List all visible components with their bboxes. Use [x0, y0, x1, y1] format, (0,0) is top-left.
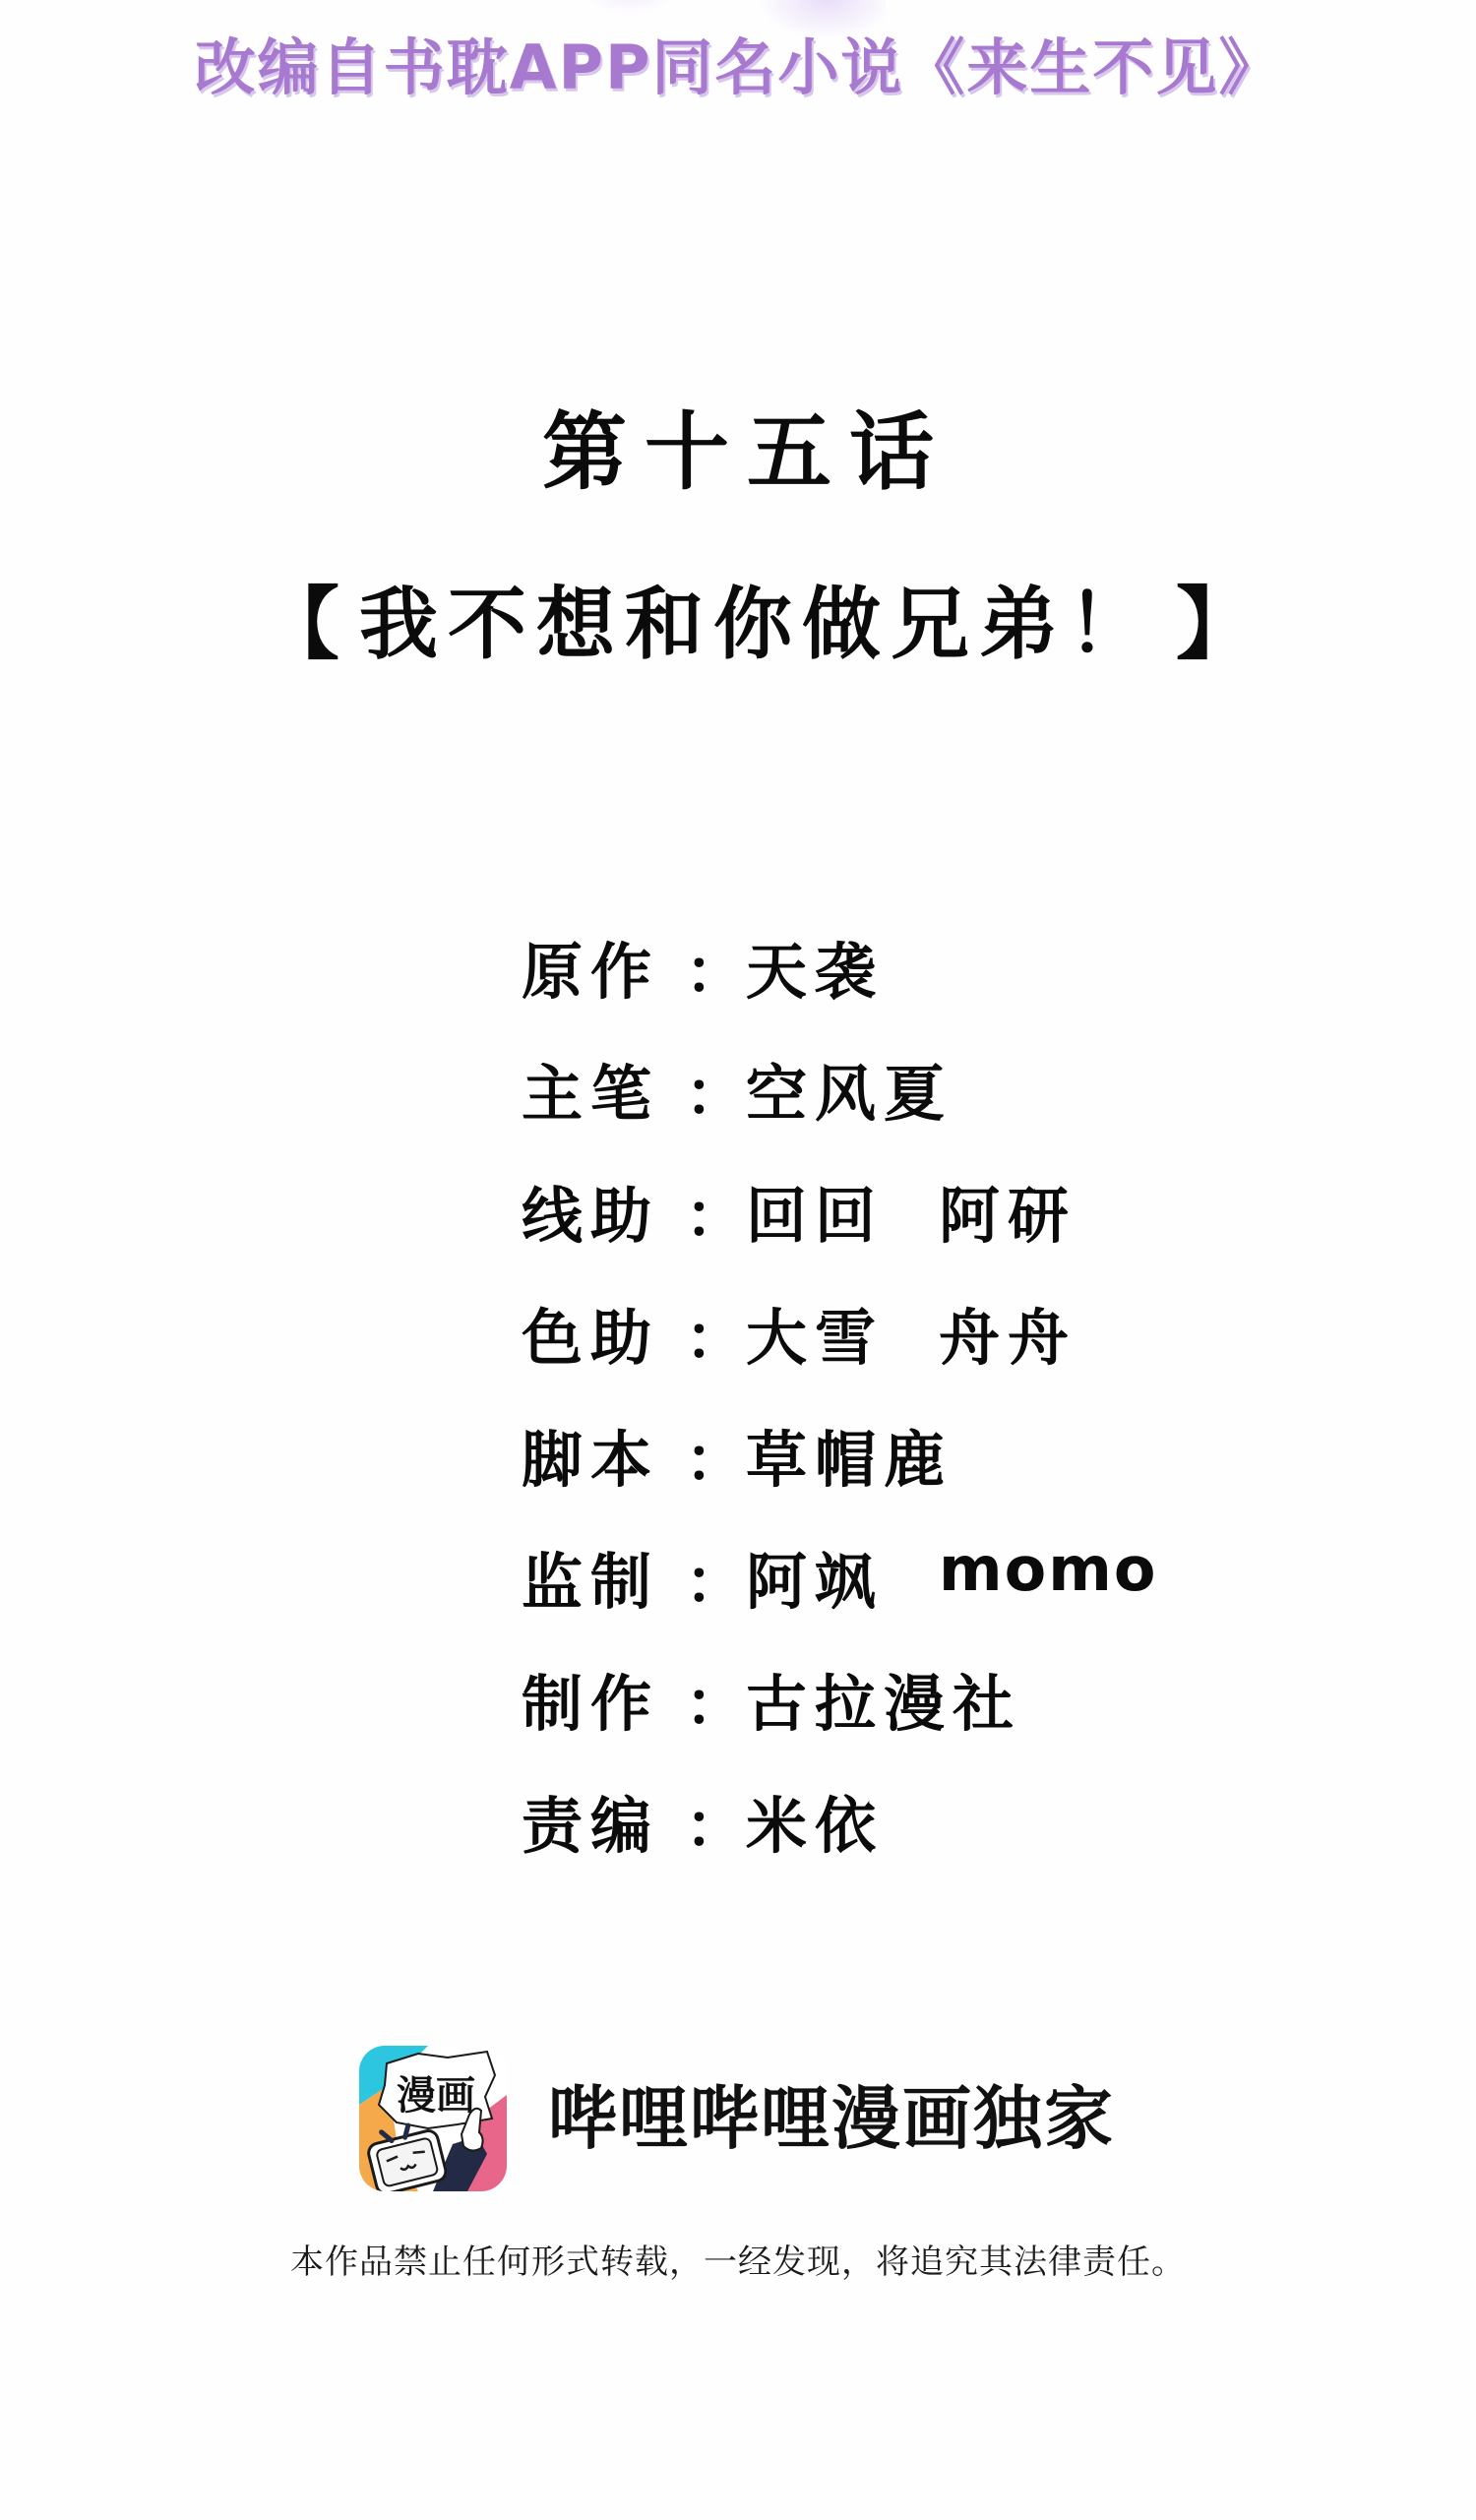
credit-colon: ：: [657, 923, 746, 1011]
credit-row-original-author: 原作 ： 天袭: [522, 905, 1210, 1027]
credit-row-lead-artist: 主笔 ： 空风夏: [522, 1027, 1210, 1149]
credit-colon: ：: [657, 1655, 746, 1743]
credit-role: 监制: [522, 1533, 657, 1621]
credits-list: 原作 ： 天袭 主笔 ： 空风夏 线助 ： 回回 阿研 色助 ： 大雪 舟舟 脚…: [522, 905, 1210, 1881]
credit-role: 制作: [522, 1655, 657, 1743]
brand-section: 漫画 哔哩哔哩漫画独家: [359, 2045, 1115, 2192]
chapter-title: 【 我不想和你做兄弟！ 】: [261, 571, 1255, 679]
credit-name: 阿研: [939, 1167, 1076, 1255]
credit-names: 回回 阿研: [746, 1167, 1076, 1255]
credit-names: 阿飒 momo: [746, 1533, 1157, 1621]
credit-colon: ：: [657, 1533, 746, 1621]
credit-name: 大雪: [746, 1289, 884, 1377]
credit-name: 空风夏: [746, 1045, 953, 1133]
credit-colon: ：: [657, 1411, 746, 1499]
bilibili-comics-logo-icon: 漫画: [359, 2046, 507, 2191]
credit-names: 草帽鹿: [746, 1411, 953, 1499]
svg-text:漫画: 漫画: [397, 2072, 475, 2119]
close-bracket: 】: [1176, 576, 1255, 674]
copyright-disclaimer: 本作品禁止任何形式转载，一经发现，将追究其法律责任。: [0, 2238, 1476, 2287]
credit-name: momo: [939, 1533, 1157, 1621]
credit-row-supervisors: 监制 ： 阿飒 momo: [522, 1515, 1210, 1637]
credit-name: 草帽鹿: [746, 1411, 953, 1499]
credit-name: 米依: [746, 1777, 884, 1865]
credit-role: 色助: [522, 1289, 657, 1377]
credit-name: 阿飒: [746, 1533, 884, 1621]
credit-name: 回回: [746, 1167, 884, 1255]
credit-role: 原作: [522, 923, 657, 1011]
credit-names: 古拉漫社: [746, 1655, 1021, 1743]
credit-name: 舟舟: [939, 1289, 1076, 1377]
credit-row-editor: 责编 ： 米依: [522, 1759, 1210, 1881]
credit-role: 脚本: [522, 1411, 657, 1499]
chapter-title-text: 我不想和你做兄弟！: [339, 576, 1176, 674]
credit-row-production: 制作 ： 古拉漫社: [522, 1637, 1210, 1759]
credit-name: 天袭: [746, 923, 884, 1011]
credit-names: 空风夏: [746, 1045, 953, 1133]
credit-role: 线助: [522, 1167, 657, 1255]
credit-row-line-assistants: 线助 ： 回回 阿研: [522, 1149, 1210, 1271]
credit-colon: ：: [657, 1289, 746, 1377]
credit-colon: ：: [657, 1777, 746, 1865]
credit-row-script: 脚本 ： 草帽鹿: [522, 1393, 1210, 1515]
credit-names: 天袭: [746, 923, 884, 1011]
open-bracket: 【: [261, 576, 339, 674]
credit-colon: ：: [657, 1167, 746, 1255]
chapter-number: 第十五话: [0, 399, 1476, 507]
brand-exclusive-label: 哔哩哔哩漫画独家: [548, 2079, 1115, 2158]
credit-names: 大雪 舟舟: [746, 1289, 1076, 1377]
credit-names: 米依: [746, 1777, 884, 1865]
credit-row-color-assistants: 色助 ： 大雪 舟舟: [522, 1271, 1210, 1393]
credit-name: 古拉漫社: [746, 1655, 1021, 1743]
credit-role: 责编: [522, 1777, 657, 1865]
credit-colon: ：: [657, 1045, 746, 1133]
adaptation-banner: 改编自书耽APP同名小说《来生不见》: [0, 30, 1476, 106]
credit-role: 主笔: [522, 1045, 657, 1133]
